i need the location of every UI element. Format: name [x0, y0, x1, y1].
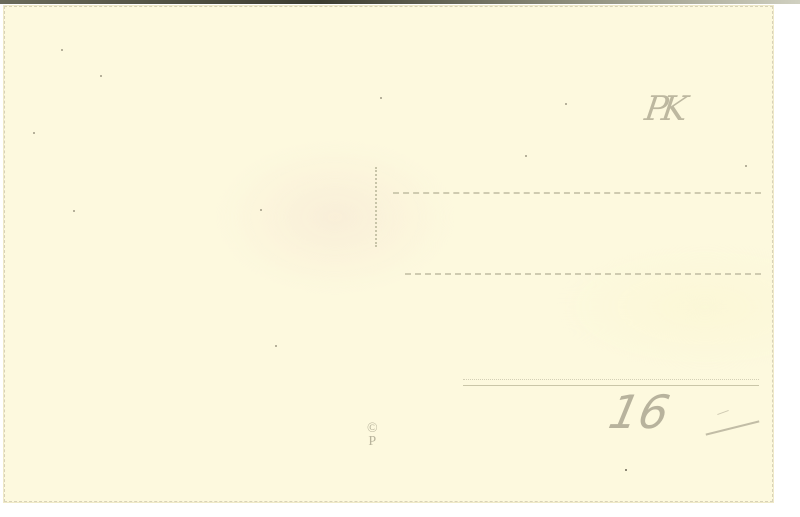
scan-top-edge [0, 0, 800, 4]
paper-speck [525, 155, 527, 157]
paper-speck [73, 210, 75, 212]
center-divider-line [375, 167, 377, 247]
publisher-logo-mark: © P [367, 422, 378, 448]
paper-speck [260, 209, 262, 211]
paper-speck [61, 49, 63, 51]
address-line-3 [463, 385, 759, 386]
address-line-1 [393, 192, 761, 194]
postcard-back: PK 16 © P [4, 6, 773, 502]
paper-speck [745, 165, 747, 167]
paper-speck [565, 103, 567, 105]
address-line-3-dotted [463, 379, 759, 380]
address-line-2 [405, 273, 761, 275]
paper-speck [33, 132, 35, 134]
handwritten-initials: PK [642, 89, 684, 129]
price-dash-mark [717, 410, 729, 415]
handwritten-price: 16 [604, 385, 674, 439]
paper-speck [275, 345, 277, 347]
price-underline [706, 420, 760, 435]
paper-speck [380, 97, 382, 99]
publisher-mark-text: © P [367, 421, 378, 449]
paper-speck [625, 469, 627, 471]
paper-speck [100, 75, 102, 77]
